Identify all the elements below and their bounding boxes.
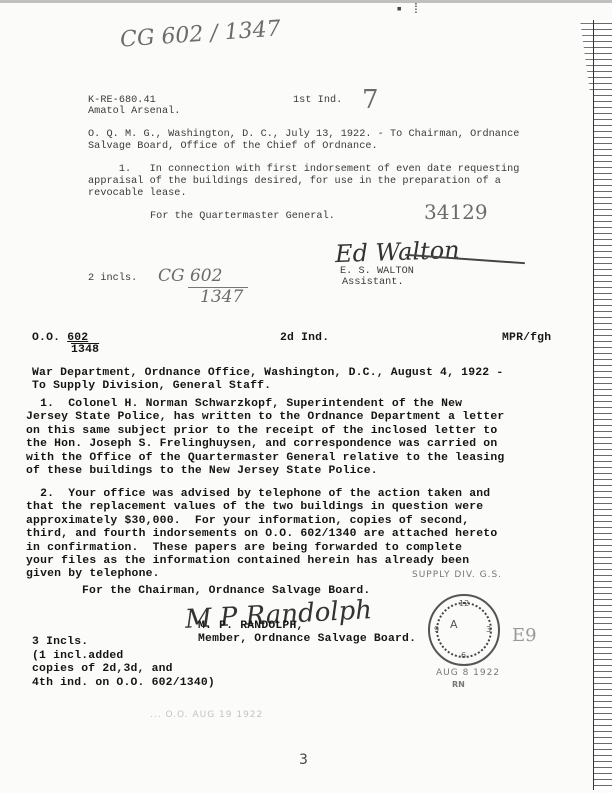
clock-numeral: 9 bbox=[434, 625, 439, 634]
received-stamp: SUPPLY DIV. G.S. bbox=[412, 570, 502, 580]
paragraph-line: 1. Colonel H. Norman Schwarzkopf, Superi… bbox=[26, 398, 462, 412]
subject-place: Amatol Arsenal. bbox=[88, 106, 180, 118]
clock-dial bbox=[436, 602, 492, 658]
paragraph-line: 3 Incls. bbox=[32, 636, 88, 650]
scan-mark: ▪ ⁞ bbox=[395, 2, 420, 18]
date-received-clock-stamp: 12 3 6 9 A bbox=[428, 594, 500, 666]
signature-walton: Ed Walton bbox=[335, 236, 461, 268]
signer-name: M. P. RANDOLPH, bbox=[198, 620, 304, 634]
handwritten-file-ref: CG 602 / 1347 bbox=[119, 16, 281, 52]
faded-stamp: ... O.O. AUG 19 1922 bbox=[150, 710, 263, 720]
handwritten-mark: 7 bbox=[362, 85, 379, 115]
clock-numeral: 6 bbox=[461, 651, 466, 660]
paragraph-line: appraisal of the buildings desired, for … bbox=[88, 176, 501, 188]
document-page: CG 602 / 1347 ▪ ⁞ K-RE-680.41 Amatol Ars… bbox=[0, 0, 612, 793]
clock-hand-mark: A bbox=[450, 618, 458, 631]
inclosures-count: 2 incls. bbox=[88, 273, 137, 285]
indorsement-label: 2d Ind. bbox=[280, 332, 329, 346]
paragraph-line: your files as the information contained … bbox=[26, 555, 469, 569]
paragraph-line: copies of 2d,3d, and bbox=[32, 663, 173, 677]
paragraph-line: 1. In connection with first indorsement … bbox=[88, 164, 519, 176]
paragraph-line: that the replacement values of the two b… bbox=[26, 501, 483, 515]
paragraph-line: the Hon. Joseph S. Frelinghuysen, and co… bbox=[26, 438, 497, 452]
paragraph-line: revocable lease. bbox=[88, 188, 187, 200]
paragraph-line: 2. Your office was advised by telephone … bbox=[26, 488, 490, 502]
paragraph-line: with the Office of the Quartermaster Gen… bbox=[26, 452, 504, 466]
clock-stamp-initials: RN bbox=[452, 680, 465, 689]
handwritten-side-mark: E9 bbox=[512, 625, 537, 646]
indorsement-heading: War Department, Ordnance Office, Washing… bbox=[32, 367, 503, 381]
paragraph-line: approximately $30,000. For your informat… bbox=[26, 515, 469, 529]
paragraph-line: (1 incl.added bbox=[32, 650, 123, 664]
paragraph-line: 4th ind. on O.O. 602/1340) bbox=[32, 677, 215, 691]
paragraph-line: third, and fourth indorsements on O.O. 6… bbox=[26, 528, 497, 542]
page-number: 3 bbox=[299, 752, 308, 768]
paragraph-line: of these buildings to the New Jersey Sta… bbox=[26, 465, 378, 479]
clock-stamp-date: AUG 8 1922 bbox=[436, 668, 500, 678]
paragraph-line: Jersey State Police, has written to the … bbox=[26, 411, 504, 425]
indorsement-label: 1st Ind. bbox=[293, 95, 342, 107]
closing-line: For the Quartermaster General. bbox=[150, 211, 335, 223]
signer-title: Assistant. bbox=[342, 277, 404, 289]
clock-numeral: 3 bbox=[486, 625, 491, 634]
indorsement-heading: O. Q. M. G., Washington, D. C., July 13,… bbox=[88, 129, 519, 141]
handwritten-incl-ref-bottom: 1347 bbox=[200, 287, 243, 307]
clock-numeral: 12 bbox=[459, 599, 469, 608]
handwritten-number: 34129 bbox=[424, 200, 488, 224]
paragraph-line: given by telephone. bbox=[26, 568, 160, 582]
typist-initials: MPR/fgh bbox=[502, 332, 551, 346]
file-reference-bottom: 1348 bbox=[71, 344, 99, 358]
paragraph-line: on this same subject prior to the receip… bbox=[26, 425, 497, 439]
signer-title: Member, Ordnance Salvage Board. bbox=[198, 633, 416, 647]
file-number: 602 bbox=[67, 332, 88, 344]
paragraph-line: in confirmation. These papers are being … bbox=[26, 542, 462, 556]
handwritten-incl-ref: CG 602 bbox=[158, 266, 222, 286]
binding-edge bbox=[593, 20, 612, 790]
indorsement-heading-cont: To Supply Division, General Staff. bbox=[32, 380, 271, 394]
indorsement-heading-cont: Salvage Board, Office of the Chief of Or… bbox=[88, 141, 378, 153]
scan-top-edge bbox=[0, 0, 612, 3]
